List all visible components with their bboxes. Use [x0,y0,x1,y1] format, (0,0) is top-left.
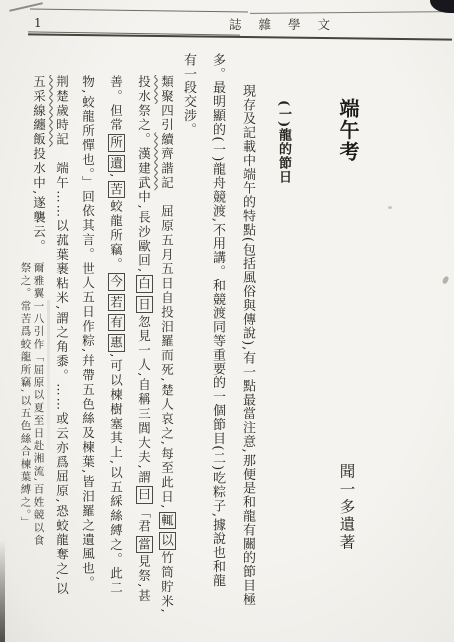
boxed-variant-character: 若 [108,294,125,311]
text-run: , [109,173,124,179]
book-title-mark: 類聚 [160,75,175,104]
boxed-variant-character: 今 [108,273,125,290]
scanned-journal-page: 1 誌雜學文 端午考 聞一多遺著 (一)龍的節日 現存及記載中端午的特點(包括風… [0,0,454,642]
boxed-variant-character: 遺 [108,155,125,172]
scan-artifact-speck [388,206,392,209]
body-column: 多。最明顯的(一)龍舟競渡,不用講。和競渡同等重要的一個節目(二)吃粽子,據說也… [211,53,224,642]
author-name: 聞一多遺著 [338,463,354,552]
text-run: 善。但常 [109,75,124,133]
quote-column: 類聚四引續齊諧記 屈原五月五日自投汨羅而死,楚人哀之,每至此日,輒以竹筒貯米, [160,75,173,642]
text-run: 竹筒貯米, [160,551,175,614]
article-title: 端午考 [338,98,358,163]
header-rule-top-left [30,8,248,12]
boxed-variant-character: 所 [108,134,125,151]
journal-title: 誌雜學文 [229,15,347,33]
header-rule-top-right [250,11,450,14]
text-run [55,147,70,161]
boxed-variant-character: 當 [136,536,153,553]
boxed-variant-character: 日 [136,296,153,313]
quote-column: 五采線纏飯投水中,遂襲云。 [32,75,45,275]
book-title-mark: 荆楚歲時記 [55,75,70,147]
section-heading: (一)龍的節日 [277,100,290,184]
text-run: 忽見一人,自稱三閭大夫,謂 [137,315,152,485]
text-run: 見祭,甚 [137,555,152,604]
boxed-variant-character: 苦 [108,181,125,198]
scan-artifact-speck [442,275,450,284]
header-rule-bottom-main [28,33,452,41]
text-run: 現存及記載中端午的特點(包括風俗與傳說),有一點最當注意,那便是和龍有關的節目極 [240,84,255,606]
text-run: ,可以楝樹塞其上,以五綵絲縛之。此二 [109,353,124,595]
boxed-variant-character: 有 [108,314,125,331]
quote-column: 物,蛟龍所憚也。」回依其言。世人五日作粽,幷帶五色絲及楝葉,皆汨羅之遺風也。 [81,75,94,642]
text-run: 「君 [137,505,152,534]
text-run: 五采線纏飯投水中,遂襲云。 [32,75,47,254]
text-run: 端午……以菰葉裹粘米,謂之角黍。……或云亦爲屈原,恐蛟龍奪之,以 [55,161,70,596]
text-run: 屈原五月五日自投汨羅而死,楚人哀之,每至此日, [160,205,175,511]
text-run: 蛟龍所竊。 [109,200,124,272]
interlinear-note-column-left: 祭之。常苦爲蛟龍所竊,以五色絲合楝葉縛之。」 [20,262,31,582]
text-run: 有一段交涉。 [181,53,196,136]
scan-artifact-diagonal-tick [9,2,42,11]
body-column: 有一段交涉。 [182,53,195,253]
body-column: 現存及記載中端午的特點(包括風俗與傳說),有一點最當注意,那便是和龍有關的節目極 [241,84,254,642]
scan-artifact-smudge [47,300,50,450]
text-run: 物,蛟龍所憚也。」回依其言。世人五日作粽,幷帶五色絲及楝葉,皆汨羅之遺風也。 [81,75,96,590]
text-run: 多。最明顯的(一)龍舟競渡,不用講。和競渡同等重要的一個節目(二)吃粽子,據說也… [210,53,225,587]
quote-column: 投水祭之。漢建武中,長沙歐回,白日忽見一人,自稱三閭大夫,謂曰「君當見祭,甚 [137,75,150,642]
boxed-variant-character: 白 [136,275,153,292]
scan-artifact-edge-streak [0,540,5,642]
boxed-variant-character: 曰 [136,486,153,503]
text-run: 投水祭之。漢建武中,長沙歐回, [137,75,152,274]
text-run [160,190,175,204]
boxed-variant-character: 惠 [108,334,125,351]
interlinear-note-column-right: 爾雅翼一八引作「屈原以夏至日赴湘流,百姓競以食 [33,262,44,582]
text-run: 四引 [160,104,175,133]
text-run: 爾雅翼一八引作「屈原以夏至日赴湘流,百姓競以食 [33,262,45,547]
page-number: 1 [34,16,42,30]
boxed-variant-character: 以 [159,532,176,549]
quote-column: 善。但常所遺,苦蛟龍所竊。今若有惠,可以楝樹塞其上,以五綵絲縛之。此二 [109,75,122,642]
text-run: 祭之。常苦爲蛟龍所竊,以五色絲合楝葉縛之。」 [20,262,32,529]
quote-column: 荆楚歲時記 端午……以菰葉裹粘米,謂之角黍。……或云亦爲屈原,恐蛟龍奪之,以 [55,75,68,642]
boxed-variant-character: 輒 [159,512,176,529]
book-title-mark: 續齊諧記 [160,133,175,191]
